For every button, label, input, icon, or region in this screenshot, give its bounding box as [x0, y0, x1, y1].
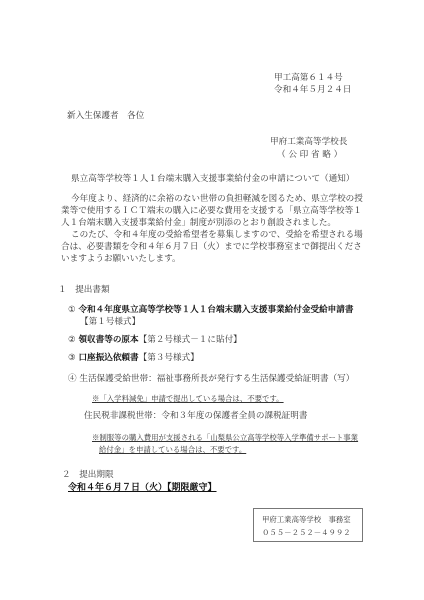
- document-title: 県立高等学校等１人１台端末購入支援事業給付金の申請について（通知）: [71, 174, 354, 185]
- tax-exempt-line: 住民税非課税世帯：令和３年度の保護者全員の課税証明書: [84, 411, 307, 422]
- item-number: ①: [68, 305, 76, 315]
- list-item: ④ 生活保護受給世帯：福祉事務所長が発行する生活保護受給証明書（写）: [68, 374, 354, 385]
- contact-office: 甲府工業高等学校 事務室: [262, 514, 351, 525]
- list-item: ① 令和４年度県立高等学校等１人１台端末購入支援事業給付金受給申請書: [68, 305, 353, 316]
- item-note: 【第３号様式】: [139, 353, 199, 363]
- body-line: 業等で使用するＩＣＴ端末の購入に必要な費用を支援する「県立高等学校等１: [61, 206, 362, 217]
- body-line: 合は、必要書類を令和４年６月７日（火）までに学校事務室まで御提出くださ: [61, 242, 362, 253]
- item-number: ②: [68, 335, 76, 345]
- doc-number: 甲工高第６１４号: [274, 73, 343, 84]
- doc-date: 令和４年５月２４日: [274, 85, 351, 96]
- deadline: 令和４年６月７日（火）【期限厳守】: [68, 483, 217, 494]
- body-line: このたび、令和４年度の受給希望者を募集しますので、受給を希望される場: [71, 230, 363, 241]
- item-number: ③: [68, 353, 76, 363]
- item-text: 令和４年度県立高等学校等１人１台端末購入支援事業給付金受給申請書: [78, 305, 353, 315]
- body-line: 今年度より、経済的に余裕のない世帯の負担軽減を図るため、県立学校の授: [71, 194, 363, 205]
- item-text: 領収書等の原本: [78, 335, 138, 345]
- section1-heading: １ 提出書類: [58, 285, 110, 296]
- section2-heading: ２ 提出期限: [62, 470, 114, 481]
- addressee: 新入生保護者 各位: [67, 111, 144, 122]
- note-exemption: ※「入学料減免」申請で提出している場合は、不要です。: [92, 393, 284, 404]
- item-note: 【第１号様式】: [80, 317, 140, 328]
- contact-phone: ０５５－２５２－４９９２: [262, 527, 351, 538]
- item-number: ④: [68, 374, 77, 384]
- note-support: 給付金」を申請している場合は、不要です。: [99, 444, 246, 455]
- item-text: 口座振込依頼書: [78, 353, 138, 363]
- sender-school: 甲府工業高等学校長: [270, 137, 347, 148]
- body-line: 人１台端末購入支援事業給付金」制度が別添のとおり創設されました。: [61, 218, 336, 229]
- item-note: 【第２号様式－１に貼付】: [139, 335, 242, 345]
- item-text: 生活保護受給世帯：福祉事務所長が発行する生活保護受給証明書（写）: [79, 374, 354, 384]
- note-support: ※制服等の購入費用が支援される「山梨県公立高等学校等入学準備サポート事業: [92, 432, 358, 443]
- body-line: いますようお願いいたします。: [61, 254, 181, 265]
- contact-box: 甲府工業高等学校 事務室 ０５５－２５２－４９９２: [253, 508, 363, 542]
- seal-note: （ 公 印 省 略 ）: [277, 150, 342, 161]
- list-item: ② 領収書等の原本【第２号様式－１に貼付】: [68, 335, 242, 346]
- list-item: ③ 口座振込依頼書【第３号様式】: [68, 353, 199, 364]
